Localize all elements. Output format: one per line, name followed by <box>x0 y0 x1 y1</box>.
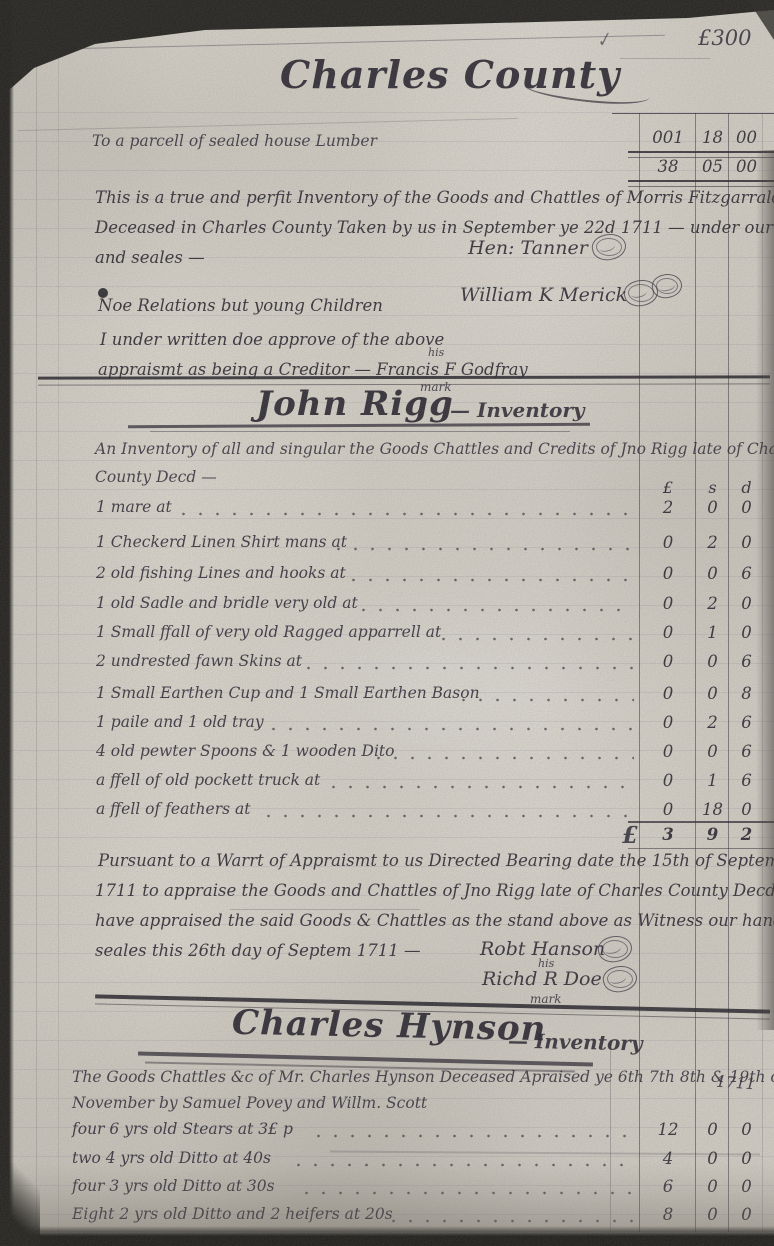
amount-shillings: 0 <box>696 652 729 671</box>
amount-shillings: 18 <box>696 128 729 147</box>
amount-group: 0 2 0 <box>640 594 764 613</box>
amount-shillings: 0 <box>696 1120 729 1139</box>
amount-pounds: 0 <box>640 742 696 761</box>
amount-group: 0 0 8 <box>640 684 764 703</box>
ink-blot <box>98 288 108 298</box>
relations-note: Noe Relations but young Children <box>98 296 383 315</box>
scan-border-bottom <box>0 1226 774 1246</box>
item-description: 1 paile and 1 old tray <box>96 713 264 731</box>
inventory-item-row: 1 paile and 1 old tray 0 2 6 <box>0 713 774 737</box>
closing-line: Pursuant to a Warrt of Appraismt to us D… <box>98 851 774 870</box>
dotted-leader <box>435 637 634 641</box>
folio-number: £300 <box>698 26 751 50</box>
amount-shillings: 1 <box>696 771 729 790</box>
inventory-item-row: 1 mare at 2 0 0 <box>0 498 774 522</box>
account-box-top-rule <box>612 113 774 114</box>
scan-corner-top-right <box>748 0 774 40</box>
amount-pounds: 0 <box>640 713 696 732</box>
column-header-group: £ s d <box>640 478 764 497</box>
column-header-shillings: s <box>696 478 729 497</box>
amount-group: 0 1 6 <box>640 771 764 790</box>
amount-shillings: 0 <box>696 564 729 583</box>
amount-shillings: 05 <box>696 157 729 176</box>
mark-label: mark <box>530 992 562 1006</box>
amount-pounds: 38 <box>640 157 696 176</box>
amount-group: 12 0 0 <box>640 1120 764 1139</box>
amount-shillings: 0 <box>696 684 729 703</box>
amount-pounds: 0 <box>640 623 696 642</box>
inventory-item-row: 4 old pewter Spoons & 1 wooden Dito 0 0 … <box>0 742 774 766</box>
amount-shillings: 1 <box>696 623 729 642</box>
inventory-item-row: 1 Small Earthen Cup and 1 Small Earthen … <box>0 684 774 708</box>
item-description: 1 Small Earthen Cup and 1 Small Earthen … <box>96 684 480 702</box>
item-description: 2 old fishing Lines and hooks at <box>96 564 346 582</box>
creditor-approval-line: I under written doe approve of the above <box>100 330 444 349</box>
scan-shadow-band <box>0 1162 774 1232</box>
dotted-leader <box>325 785 634 789</box>
item-description: 1 mare at <box>96 498 172 516</box>
rigg-heading-suffix: — Inventory <box>450 398 584 422</box>
check-mark: ✓ <box>593 28 614 53</box>
dotted-leader <box>455 698 634 702</box>
creditor-approval-line: appraismt as being a Creditor — Francis … <box>98 360 528 379</box>
witness-signature: Richd R Doe <box>482 968 602 990</box>
amount-pounds: 12 <box>640 1120 696 1139</box>
dotted-leader <box>345 578 634 582</box>
inventory-item-row: 1 Small ffall of very old Ragged apparre… <box>0 623 774 647</box>
attestation-line: and seales — <box>95 248 205 267</box>
amount-pounds: 0 <box>640 564 696 583</box>
item-description: 2 undrested fawn Skins at <box>96 652 302 670</box>
scan-stroke <box>620 58 710 59</box>
inventory-item-row: four 6 yrs old Stears at 3£ p 12 0 0 <box>0 1120 774 1144</box>
amount-shillings: 2 <box>696 533 729 552</box>
heading-underline-echo <box>150 431 570 432</box>
amount-group: 0 18 0 <box>640 800 764 819</box>
inventory-item-row: 2 old fishing Lines and hooks at 0 0 6 <box>0 564 774 588</box>
mark-his-label: his <box>538 957 554 970</box>
amount-group: 2 0 0 <box>640 498 764 517</box>
total-pounds: 3 <box>640 825 696 844</box>
closing-line: 1711 to appraise the Goods and Chattles … <box>95 881 774 900</box>
wax-seal <box>600 962 639 995</box>
rigg-intro-line: An Inventory of all and singular the Goo… <box>95 440 774 458</box>
hynson-intro-line: November by Samuel Povey and Willm. Scot… <box>72 1094 427 1112</box>
amount-pounds: 0 <box>640 684 696 703</box>
amount-group: 0 1 0 <box>640 623 764 642</box>
scanned-ledger-page: 8 ✓ £300 Charles County To a parcell of … <box>0 0 774 1246</box>
amount-group: 001 18 00 <box>640 128 764 147</box>
amount-pounds: 001 <box>640 128 696 147</box>
dotted-leader <box>370 756 634 760</box>
hynson-heading-suffix: — Inventory <box>508 1029 643 1056</box>
item-description: a ffell of old pockett truck at <box>96 771 320 789</box>
item-description: 1 Checkerd Linen Shirt mans at <box>96 533 347 551</box>
amount-group: 0 0 6 <box>640 564 764 583</box>
item-description: 4 old pewter Spoons & 1 wooden Dito <box>96 742 395 760</box>
dotted-leader <box>310 1134 634 1138</box>
account-amount-row: 38 05 00 <box>0 157 774 181</box>
dotted-leader <box>355 608 634 612</box>
account-amount-row: 001 18 00 <box>0 128 774 152</box>
amount-shillings: 0 <box>696 742 729 761</box>
inventory-item-row: 2 undrested fawn Skins at 0 0 6 <box>0 652 774 676</box>
scan-border-left <box>0 0 14 1246</box>
amount-group: 0 2 0 <box>640 533 764 552</box>
hynson-intro-line: The Goods Chattles &c of Mr. Charles Hyn… <box>72 1068 774 1086</box>
amount-group: 0 0 6 <box>640 742 764 761</box>
inventory-item-row: a ffell of feathers at 0 18 0 <box>0 800 774 824</box>
amount-pence: 0 <box>729 1120 764 1139</box>
amount-shillings: 2 <box>696 713 729 732</box>
amount-pounds: 0 <box>640 594 696 613</box>
amount-pounds: 0 <box>640 771 696 790</box>
dotted-leader <box>175 512 634 516</box>
hynson-intro-year: 1711 <box>715 1073 756 1094</box>
item-description: 1 Small ffall of very old Ragged apparre… <box>96 623 441 641</box>
amount-pounds: 0 <box>640 800 696 819</box>
amount-shillings: 0 <box>696 498 729 517</box>
amount-pounds: 2 <box>640 498 696 517</box>
scan-corner-bottom-left <box>0 1156 40 1246</box>
total-row: 3 9 2 <box>0 825 774 849</box>
amount-group: 3 9 2 <box>640 825 764 844</box>
rigg-heading: John Rigg <box>256 384 454 424</box>
total-shillings: 9 <box>696 825 729 844</box>
account-box-bottom-rule <box>628 180 774 187</box>
item-description: four 6 yrs old Stears at 3£ p <box>72 1120 293 1138</box>
dotted-leader <box>260 814 634 818</box>
amount-group: 0 0 6 <box>640 652 764 671</box>
amount-group: 38 05 00 <box>640 157 764 176</box>
attestation-line: Deceased in Charles County Taken by us i… <box>95 218 774 237</box>
amount-pounds: 0 <box>640 652 696 671</box>
hynson-heading: Charles Hynson <box>232 1003 547 1050</box>
amount-group: 0 2 6 <box>640 713 764 732</box>
mark-his-label: his <box>428 346 444 359</box>
witness-signature: Hen: Tanner <box>468 237 588 259</box>
amount-shillings: 18 <box>696 800 729 819</box>
dotted-leader <box>330 547 634 551</box>
amount-shillings: 2 <box>696 594 729 613</box>
closing-line: seales this 26th day of Septem 1711 — <box>95 941 420 960</box>
dotted-leader <box>265 727 634 731</box>
inventory-item-row: 1 Checkerd Linen Shirt mans at 0 2 0 <box>0 533 774 557</box>
attestation-line: This is a true and perfit Inventory of t… <box>95 188 774 207</box>
inventory-item-row: 1 old Sadle and bridle very old at 0 2 0 <box>0 594 774 618</box>
amount-pence: 00 <box>729 128 764 147</box>
inventory-item-row: a ffell of old pockett truck at 0 1 6 <box>0 771 774 795</box>
witness-signature: William K Merick <box>460 284 627 306</box>
scan-border-right <box>756 150 774 1030</box>
dotted-leader <box>300 666 634 670</box>
column-header-pounds: £ <box>640 478 696 497</box>
item-description: 1 old Sadle and bridle very old at <box>96 594 358 612</box>
scan-stroke <box>230 909 420 910</box>
item-description: a ffell of feathers at <box>96 800 250 818</box>
closing-line: have appraised the said Goods & Chattles… <box>95 911 774 930</box>
amount-pounds: 0 <box>640 533 696 552</box>
